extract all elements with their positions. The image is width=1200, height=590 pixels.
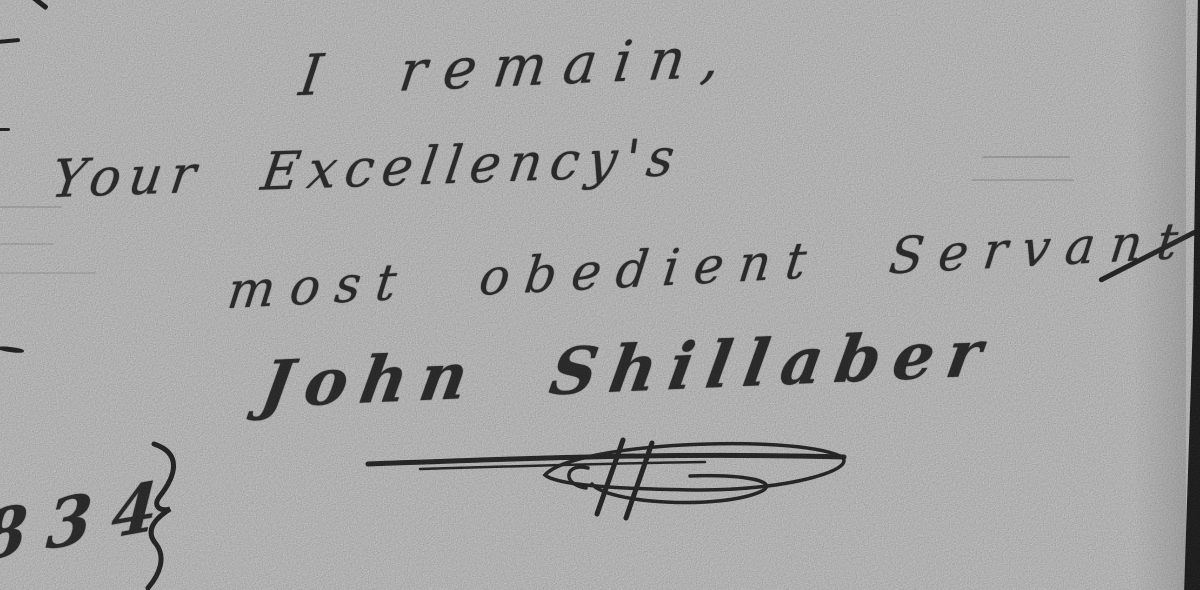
scan-streak: [0, 272, 96, 274]
signature-flourish: [360, 428, 870, 533]
scanned-letter-page: I remain, Your Excellency's most obedien…: [0, 0, 1200, 590]
scan-streak: [0, 206, 62, 208]
scan-streak: [982, 156, 1070, 158]
closing-line: I remain,: [296, 25, 741, 110]
year-fragment: 834: [0, 463, 180, 578]
stray-mark-left-edge-3: [0, 345, 24, 353]
scan-edge-shadow: [1134, 0, 1186, 590]
address-line: Your Excellency's: [48, 128, 686, 210]
stray-mark-top-left: [25, 0, 49, 10]
signature-name: John Shillaber: [256, 316, 1001, 424]
scan-streak: [972, 179, 1074, 181]
scan-streak: [0, 243, 54, 245]
stray-mark-left-edge-2: [0, 128, 10, 131]
valediction-line: most obedient Servant: [224, 211, 1196, 320]
stray-mark-left-edge-1: [0, 38, 20, 44]
